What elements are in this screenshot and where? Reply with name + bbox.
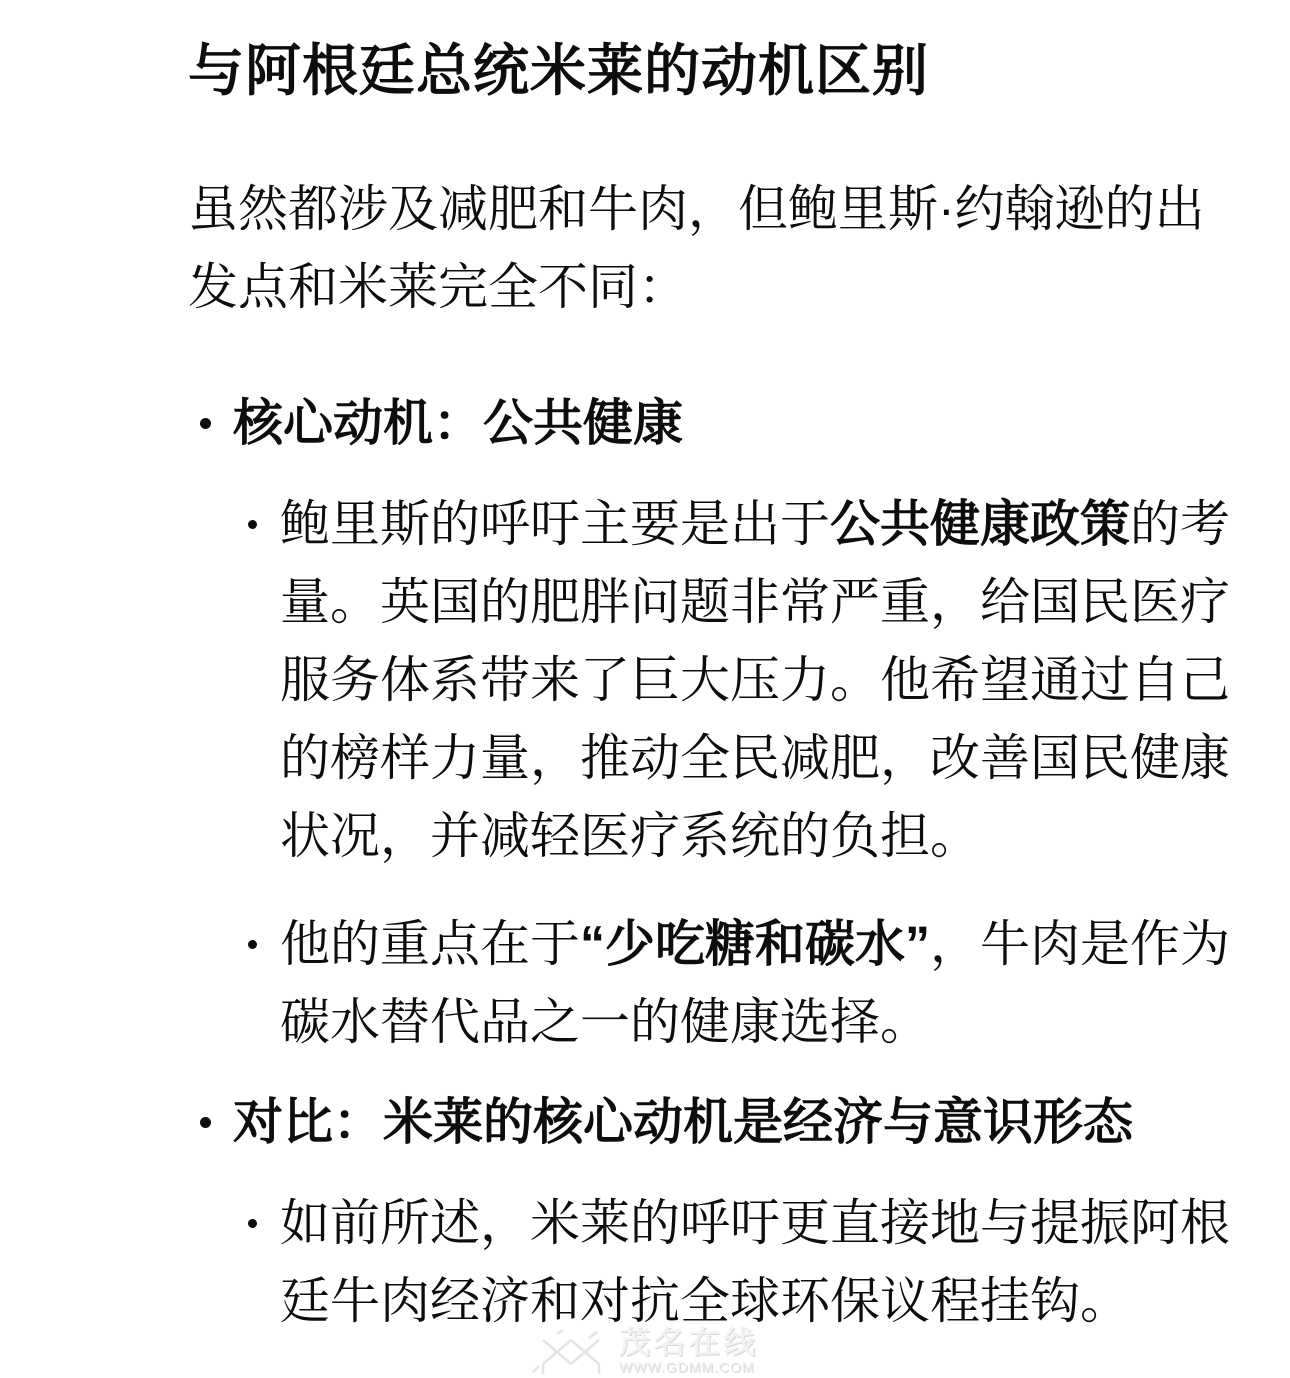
list-item-heading: 对比：米莱的核心动机是经济与意识形态 xyxy=(188,1083,1240,1161)
watermark-url: WWW.GDMM.COM xyxy=(619,1359,755,1375)
subitem-bold-text: “少吃糖和碳水” xyxy=(580,916,930,972)
bold-heading-text: 核心动机：公共健康 xyxy=(233,395,683,451)
watermark-site-name: 茂名在线 xyxy=(619,1327,759,1359)
list-subitem: 鲍里斯的呼吁主要是出于公共健康政策的考量。英国的肥胖问题非常严重，给国民医疗服务… xyxy=(233,485,1240,875)
watermark-text: 茂名在线 WWW.GDMM.COM xyxy=(619,1327,759,1375)
subitem-text: 鲍里斯的呼吁主要是出于 xyxy=(280,496,830,552)
list-item: 对比：米莱的核心动机是经济与意识形态 如前所述，米莱的呼吁更直接地与提振阿根廷牛… xyxy=(188,1083,1240,1340)
sub-bullet-list: 鲍里斯的呼吁主要是出于公共健康政策的考量。英国的肥胖问题非常严重，给国民医疗服务… xyxy=(233,485,1240,1061)
list-item: 核心动机：公共健康 鲍里斯的呼吁主要是出于公共健康政策的考量。英国的肥胖问题非常… xyxy=(188,384,1240,1061)
list-item-heading: 核心动机：公共健康 xyxy=(188,384,1240,462)
subitem-bold-text: 公共健康政策 xyxy=(830,496,1130,552)
subitem-text: 如前所述，米莱的呼吁更直接地与提振阿根廷牛肉经济和对抗全球环保议程挂钩。 xyxy=(280,1195,1230,1329)
bold-heading-text: 对比：米莱的核心动机是经济与意识形态 xyxy=(233,1094,1133,1150)
bullet-list: 核心动机：公共健康 鲍里斯的呼吁主要是出于公共健康政策的考量。英国的肥胖问题非常… xyxy=(188,384,1240,1340)
document-body: 与阿根廷总统米莱的动机区别 虽然都涉及减肥和牛肉，但鲍里斯·约翰逊的出发点和米莱… xyxy=(188,36,1240,1340)
list-subitem: 他的重点在于“少吃糖和碳水”，牛肉是作为碳水替代品之一的健康选择。 xyxy=(233,905,1240,1061)
list-subitem: 如前所述，米莱的呼吁更直接地与提振阿根廷牛肉经济和对抗全球环保议程挂钩。 xyxy=(233,1184,1240,1340)
gdmm-logo-icon xyxy=(531,1326,609,1376)
page-title: 与阿根廷总统米莱的动机区别 xyxy=(188,36,1240,106)
sub-bullet-list: 如前所述，米莱的呼吁更直接地与提振阿根廷牛肉经济和对抗全球环保议程挂钩。 xyxy=(233,1184,1240,1340)
intro-paragraph: 虽然都涉及减肥和牛肉，但鲍里斯·约翰逊的出发点和米莱完全不同： xyxy=(188,170,1240,326)
subitem-text: 他的重点在于 xyxy=(280,916,580,972)
watermark: 茂名在线 WWW.GDMM.COM xyxy=(531,1326,759,1376)
